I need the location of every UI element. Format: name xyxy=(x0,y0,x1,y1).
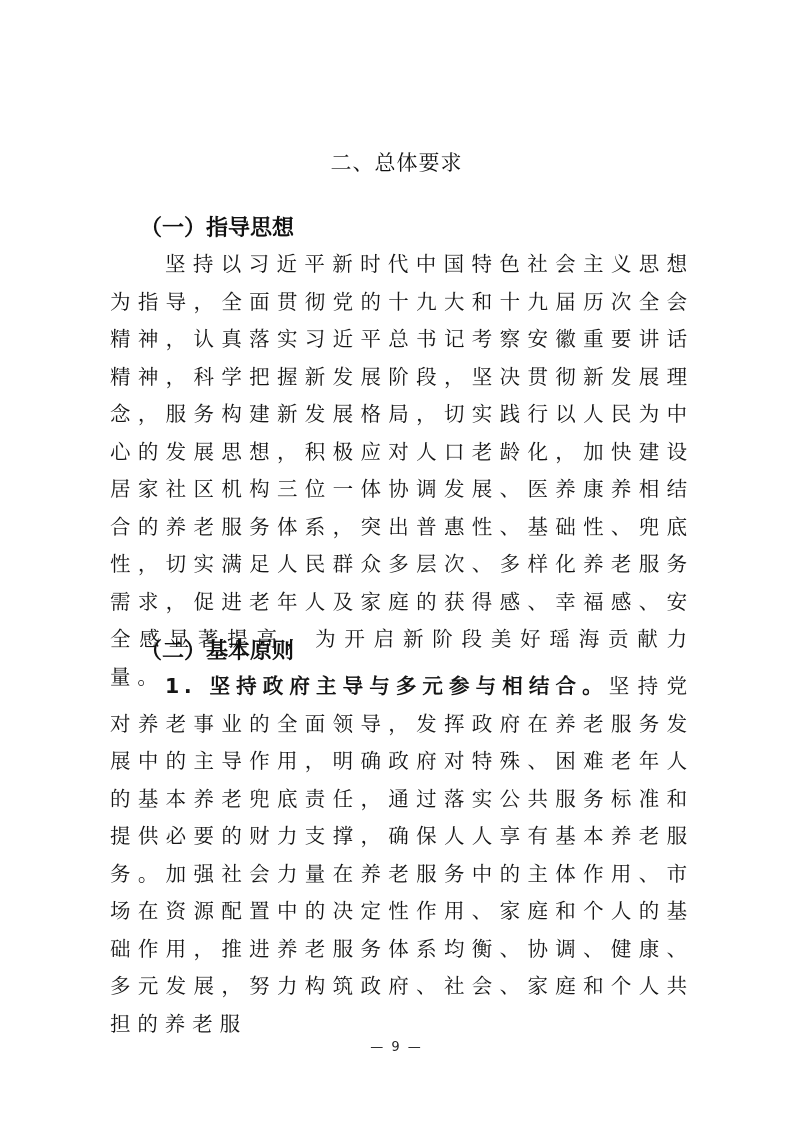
principle-text: 坚持党对养老事业的全面领导，发挥政府在养老服务发展中的主导作用，明确政府对特殊、… xyxy=(110,674,694,1036)
section-title: 二、总体要求 xyxy=(0,147,793,177)
paragraph: 1. 坚持政府主导与多元参与相结合。坚持党对养老事业的全面领导，发挥政府在养老服… xyxy=(110,668,694,1043)
document-page: 二、总体要求 （一）指导思想 坚持以习近平新时代中国特色社会主义思想为指导，全面… xyxy=(0,0,793,1122)
page-number: — 9 — xyxy=(0,1040,793,1055)
guiding-ideology-body: 坚持以习近平新时代中国特色社会主义思想为指导，全面贯彻党的十九大和十九届历次全会… xyxy=(110,246,694,696)
principle-lead: 1. 坚持政府主导与多元参与相结合。 xyxy=(165,674,609,698)
subsection-heading-basic-principles: （二）基本原则 xyxy=(140,634,294,665)
subsection-heading-guiding-ideology: （一）指导思想 xyxy=(140,211,294,242)
basic-principles-body: 1. 坚持政府主导与多元参与相结合。坚持党对养老事业的全面领导，发挥政府在养老服… xyxy=(110,668,694,1043)
paragraph: 坚持以习近平新时代中国特色社会主义思想为指导，全面贯彻党的十九大和十九届历次全会… xyxy=(110,246,694,696)
